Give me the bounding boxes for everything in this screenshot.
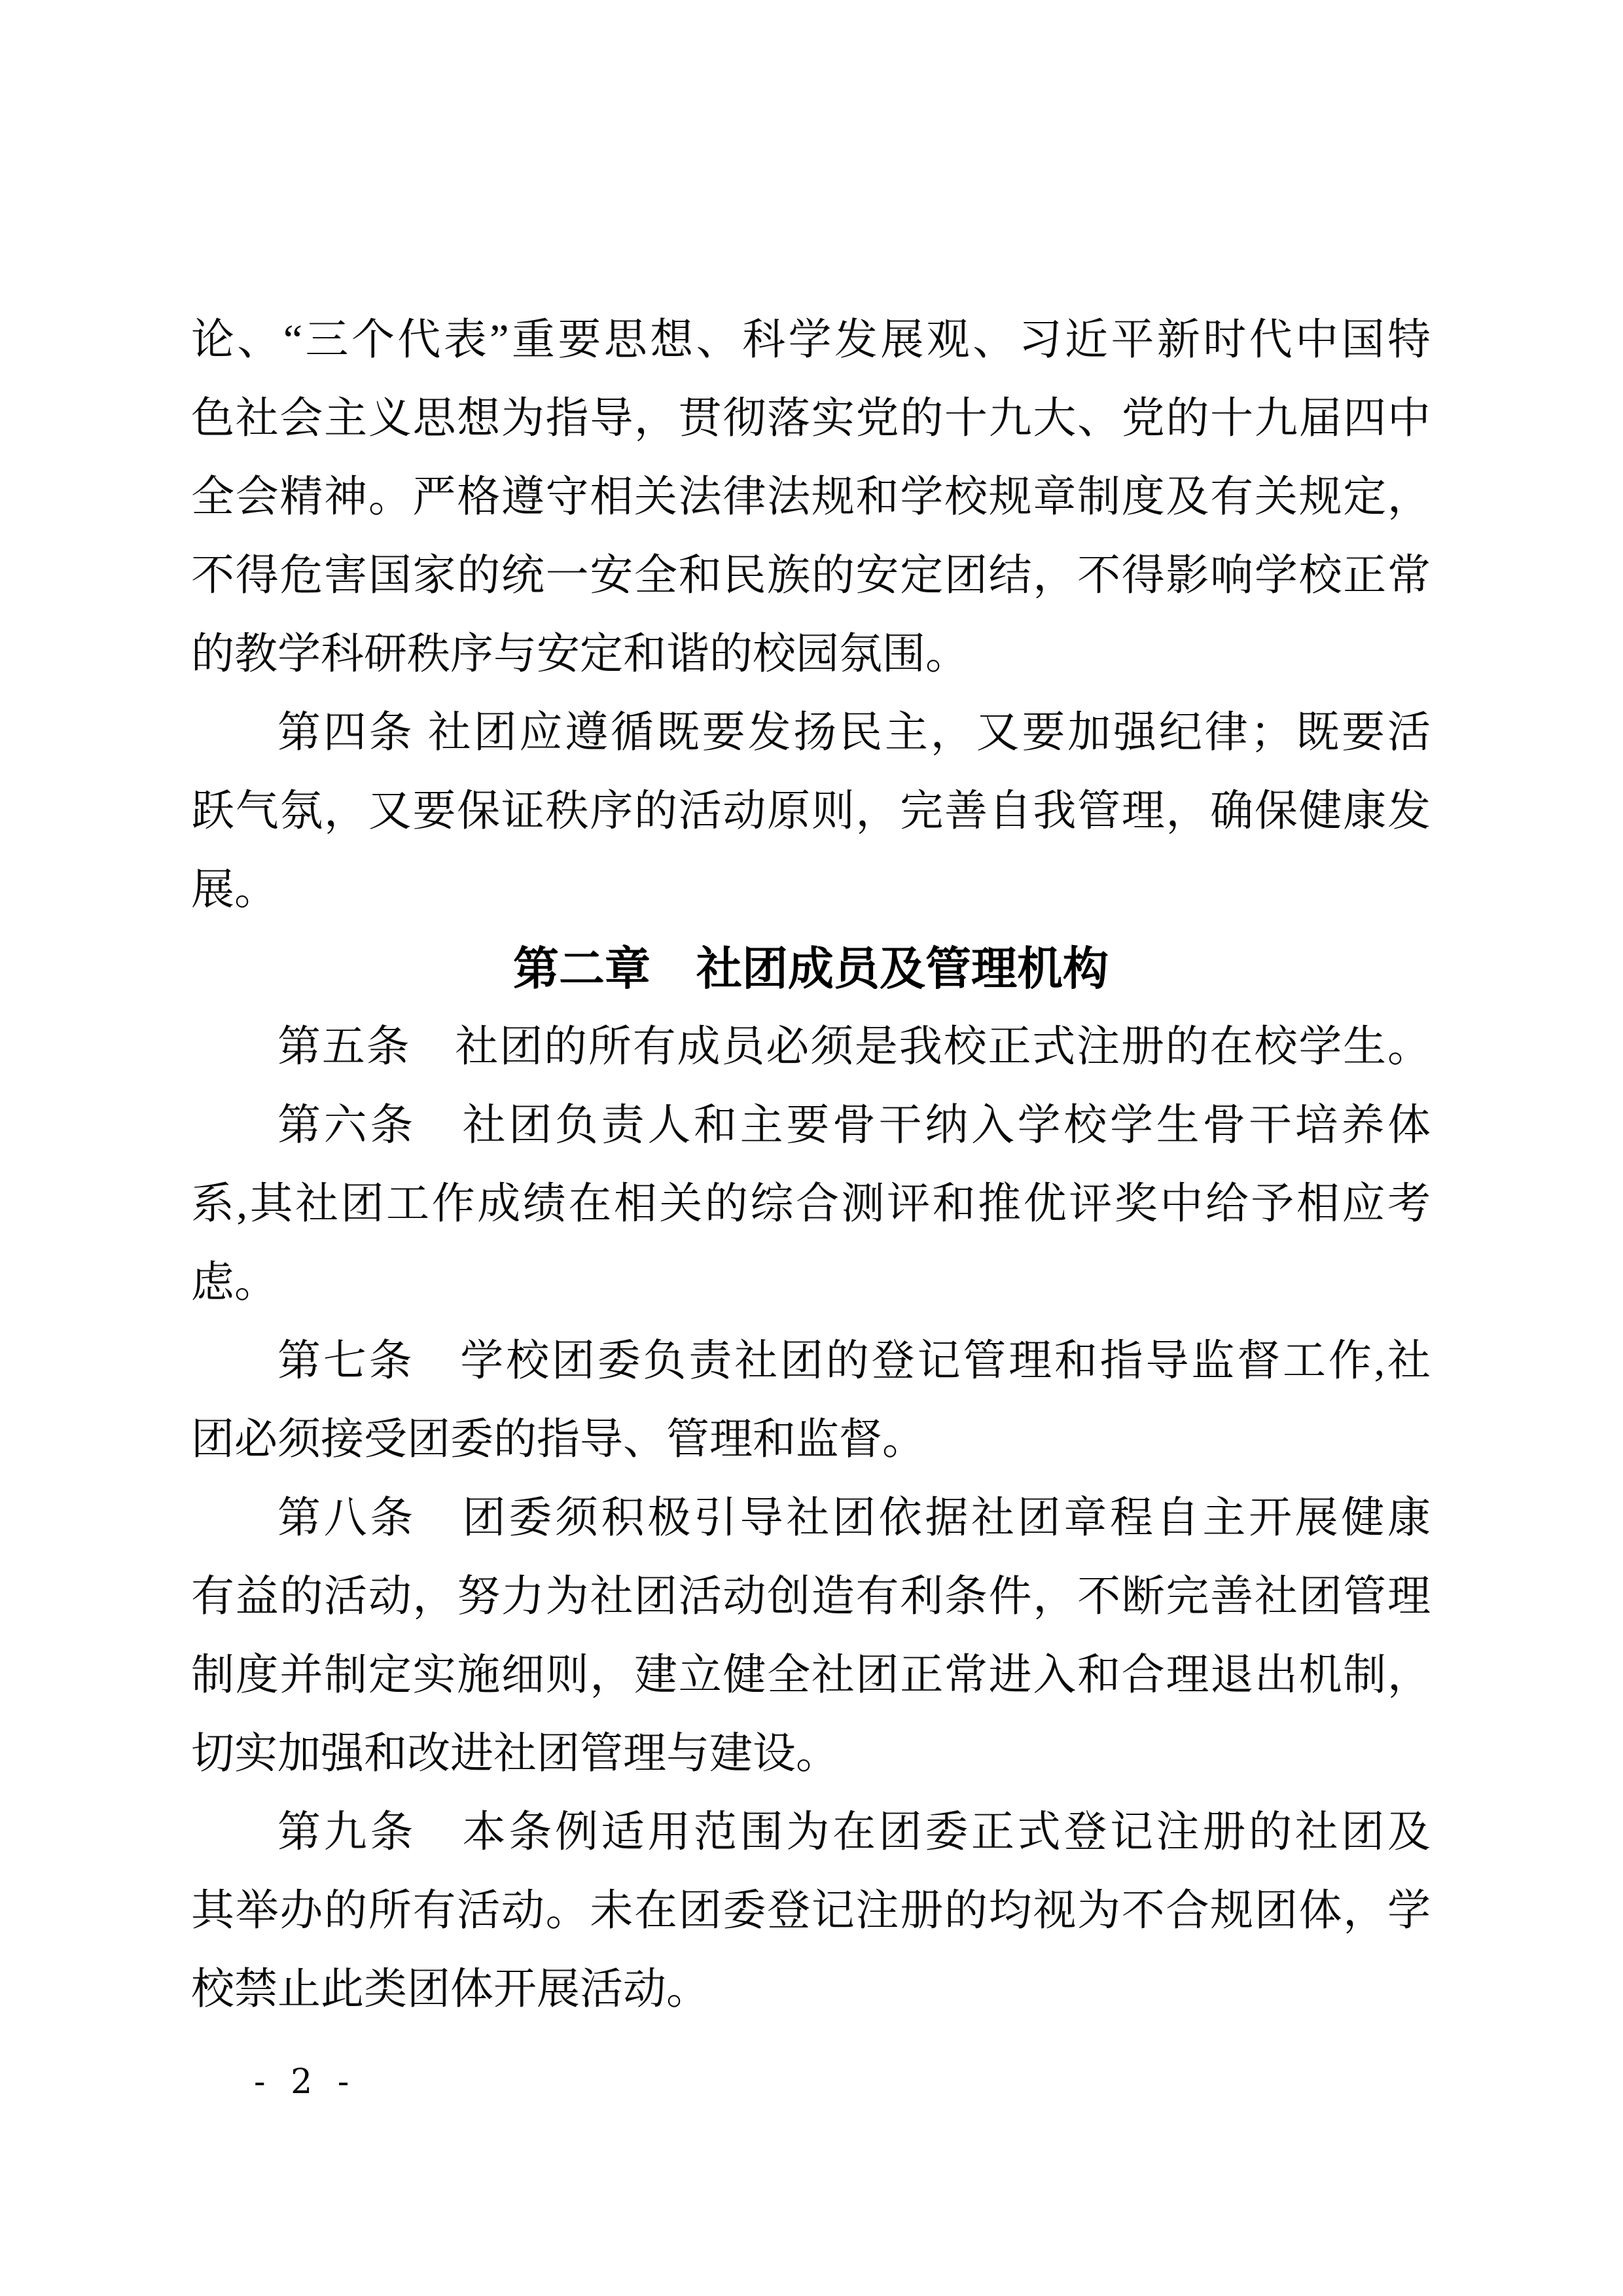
text-line: 其举办的所有活动。未在团委登记注册的均视为不合规团体，学	[191, 1872, 1431, 1950]
text-line: 第六条 社团负责人和主要骨干纳入学校学生骨干培养体	[191, 1086, 1431, 1165]
text-line: 第七条 学校团委负责社团的登记管理和指导监督工作,社	[191, 1322, 1431, 1401]
text-line: 虑。	[191, 1244, 1431, 1322]
text-line: 论、“三个代表”重要思想、科学发展观、习近平新时代中国特	[191, 301, 1431, 380]
document-body: 论、“三个代表”重要思想、科学发展观、习近平新时代中国特色社会主义思想为指导，贯…	[191, 301, 1431, 2029]
chapter-heading: 第二章 社团成员及管理机构	[191, 929, 1431, 1008]
text-line: 的教学科研秩序与安定和谐的校园氛围。	[191, 615, 1431, 694]
text-line: 色社会主义思想为指导，贯彻落实党的十九大、党的十九届四中	[191, 380, 1431, 458]
text-line: 展。	[191, 851, 1431, 929]
text-line: 团必须接受团委的指导、管理和监督。	[191, 1401, 1431, 1479]
text-line: 第九条 本条例适用范围为在团委正式登记注册的社团及	[191, 1793, 1431, 1872]
text-line: 第五条 社团的所有成员必须是我校正式注册的在校学生。	[191, 1008, 1431, 1086]
text-line: 第四条 社团应遵循既要发扬民主，又要加强纪律；既要活	[191, 694, 1431, 772]
document-page: 论、“三个代表”重要思想、科学发展观、习近平新时代中国特色社会主义思想为指导，贯…	[0, 0, 1623, 2296]
text-line: 校禁止此类团体开展活动。	[191, 1950, 1431, 2029]
text-line: 不得危害国家的统一安全和民族的安定团结，不得影响学校正常	[191, 537, 1431, 615]
text-line: 全会精神。严格遵守相关法律法规和学校规章制度及有关规定，	[191, 458, 1431, 537]
text-line: 第八条 团委须积极引导社团依据社团章程自主开展健康	[191, 1479, 1431, 1558]
text-line: 系,其社团工作成绩在相关的综合测评和推优评奖中给予相应考	[191, 1165, 1431, 1244]
text-line: 切实加强和改进社团管理与建设。	[191, 1715, 1431, 1793]
page-number: - 2 -	[254, 2059, 349, 2105]
text-line: 跃气氛，又要保证秩序的活动原则，完善自我管理，确保健康发	[191, 772, 1431, 851]
text-line: 有益的活动，努力为社团活动创造有利条件，不断完善社团管理	[191, 1558, 1431, 1636]
text-line: 制度并制定实施细则，建立健全社团正常进入和合理退出机制，	[191, 1636, 1431, 1715]
